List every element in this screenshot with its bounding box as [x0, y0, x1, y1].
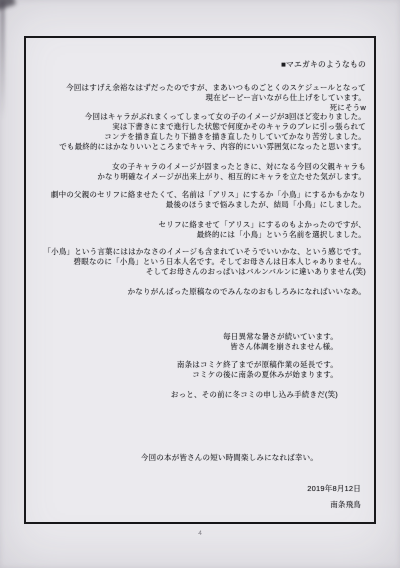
paragraph-winter-comiket: おっと、その前に冬コミの申し込み手続きだ(笑) — [32, 390, 338, 400]
text-line: 皆さん体調を崩されません様。 — [32, 342, 338, 352]
scan-artifact-edge — [0, 0, 5, 120]
text-line: 毎日異常な暑さが続いています。 — [32, 332, 338, 342]
text-line: 今回はすげえ余裕なはずだったのですが、まあいつものごとくのスケジュールとなって — [32, 83, 366, 93]
text-line: 実は下書きにまで進行した状態で何度かそのキャラのブレに引っ張られて — [32, 122, 366, 132]
text-line: 南条はコミケ終了までが原稿作業の延長です。 — [32, 360, 338, 370]
page-border-frame: ■マエガキのようなもの 今回はすげえ余裕なはずだったのですが、まあいつものごとく… — [24, 36, 376, 524]
text-line: 最終的には「小鳥」という名前を選択しました。 — [32, 230, 366, 240]
scanned-afterword-page: ■マエガキのようなもの 今回はすげえ余裕なはずだったのですが、まあいつものごとく… — [0, 0, 400, 568]
paragraph-name-meaning: 「小鳥」という言葉にははかなさのイメージも含まれていそうでいいかな、という感じで… — [32, 247, 366, 277]
text-line: コミケの後に南条の夏休みが始まります。 — [32, 370, 338, 380]
text-line: 碧眼なのに「小鳥」という日本人名です。そしてお母さんは日本人じゃありません。 — [32, 257, 366, 267]
paragraph-character-design: 今回はキャラがぶれまくってしまって女の子のイメージが3回ほど変わりました。 実は… — [32, 112, 366, 152]
paragraph-comiket: 南条はコミケ終了までが原稿作業の延長です。 コミケの後に南条の夏休みが始まります… — [32, 360, 338, 380]
text-line: 現在ピーピー言いながら仕上げをしています。 — [32, 93, 366, 103]
text-line: おっと、その前に冬コミの申し込み手続きだ(笑) — [32, 390, 338, 400]
paragraph-name-choice: 劇中の父親のセリフに絡ませたくて、名前は「アリス」にするか「小鳥」にするかもかな… — [32, 190, 366, 210]
author-signature: 南条飛鳥 — [32, 500, 361, 510]
date-line: 2019年8月12日 — [32, 484, 361, 494]
text-line: でも最終的にはかなりいいところまでキャラ、内容的にいい雰囲気になったと思います。 — [32, 142, 366, 152]
text-line: そしてお母さんのおっぱいはバルンバルンに違いありません(笑) — [32, 267, 366, 277]
page-title: ■マエガキのようなもの — [32, 60, 366, 70]
text-line: 最後のほうまで悩みましたが、結局「小鳥」にしました。 — [32, 200, 366, 210]
paragraph-weather: 毎日異常な暑さが続いています。 皆さん体調を崩されません様。 — [32, 332, 338, 352]
text-line: 今回の本が皆さんの短い時間楽しみになれば幸い。 — [32, 453, 318, 463]
text-line: 今回はキャラがぶれまくってしまって女の子のイメージが3回ほど変わりました。 — [32, 112, 366, 122]
text-line: 劇中の父親のセリフに絡ませたくて、名前は「アリス」にするか「小鳥」にするかもかな… — [32, 190, 366, 200]
text-line: かなりがんばった原稿なのでみんなのおもしろみになればいいなあ。 — [32, 287, 366, 297]
paragraph-hope: かなりがんばった原稿なのでみんなのおもしろみになればいいなあ。 — [32, 287, 366, 297]
page-number: 4 — [0, 530, 400, 537]
paragraph-name-final: セリフに絡ませて「アリス」にするのもよかったのですが、 最終的には「小鳥」という… — [32, 220, 366, 240]
text-line: かなり明確なイメージが出来上がり、相互的にキャラを立たせた気がします。 — [32, 172, 366, 182]
text-line: セリフに絡ませて「アリス」にするのもよかったのですが、 — [32, 220, 366, 230]
paragraph-closing: 今回の本が皆さんの短い時間楽しみになれば幸い。 — [32, 453, 318, 463]
paragraph-schedule: 今回はすげえ余裕なはずだったのですが、まあいつものごとくのスケジュールとなって … — [32, 83, 366, 113]
paragraph-father-character: 女の子キャラのイメージが固まったときに、対になる今回の父親キャラも かなり明確な… — [32, 162, 366, 182]
text-line: 女の子キャラのイメージが固まったときに、対になる今回の父親キャラも — [32, 162, 366, 172]
text-line: 「小鳥」という言葉にははかなさのイメージも含まれていそうでいいかな、という感じで… — [32, 247, 366, 257]
text-line: コンテを描き直したり下描きを描き直したりしていてかなり苦労しました。 — [32, 132, 366, 142]
